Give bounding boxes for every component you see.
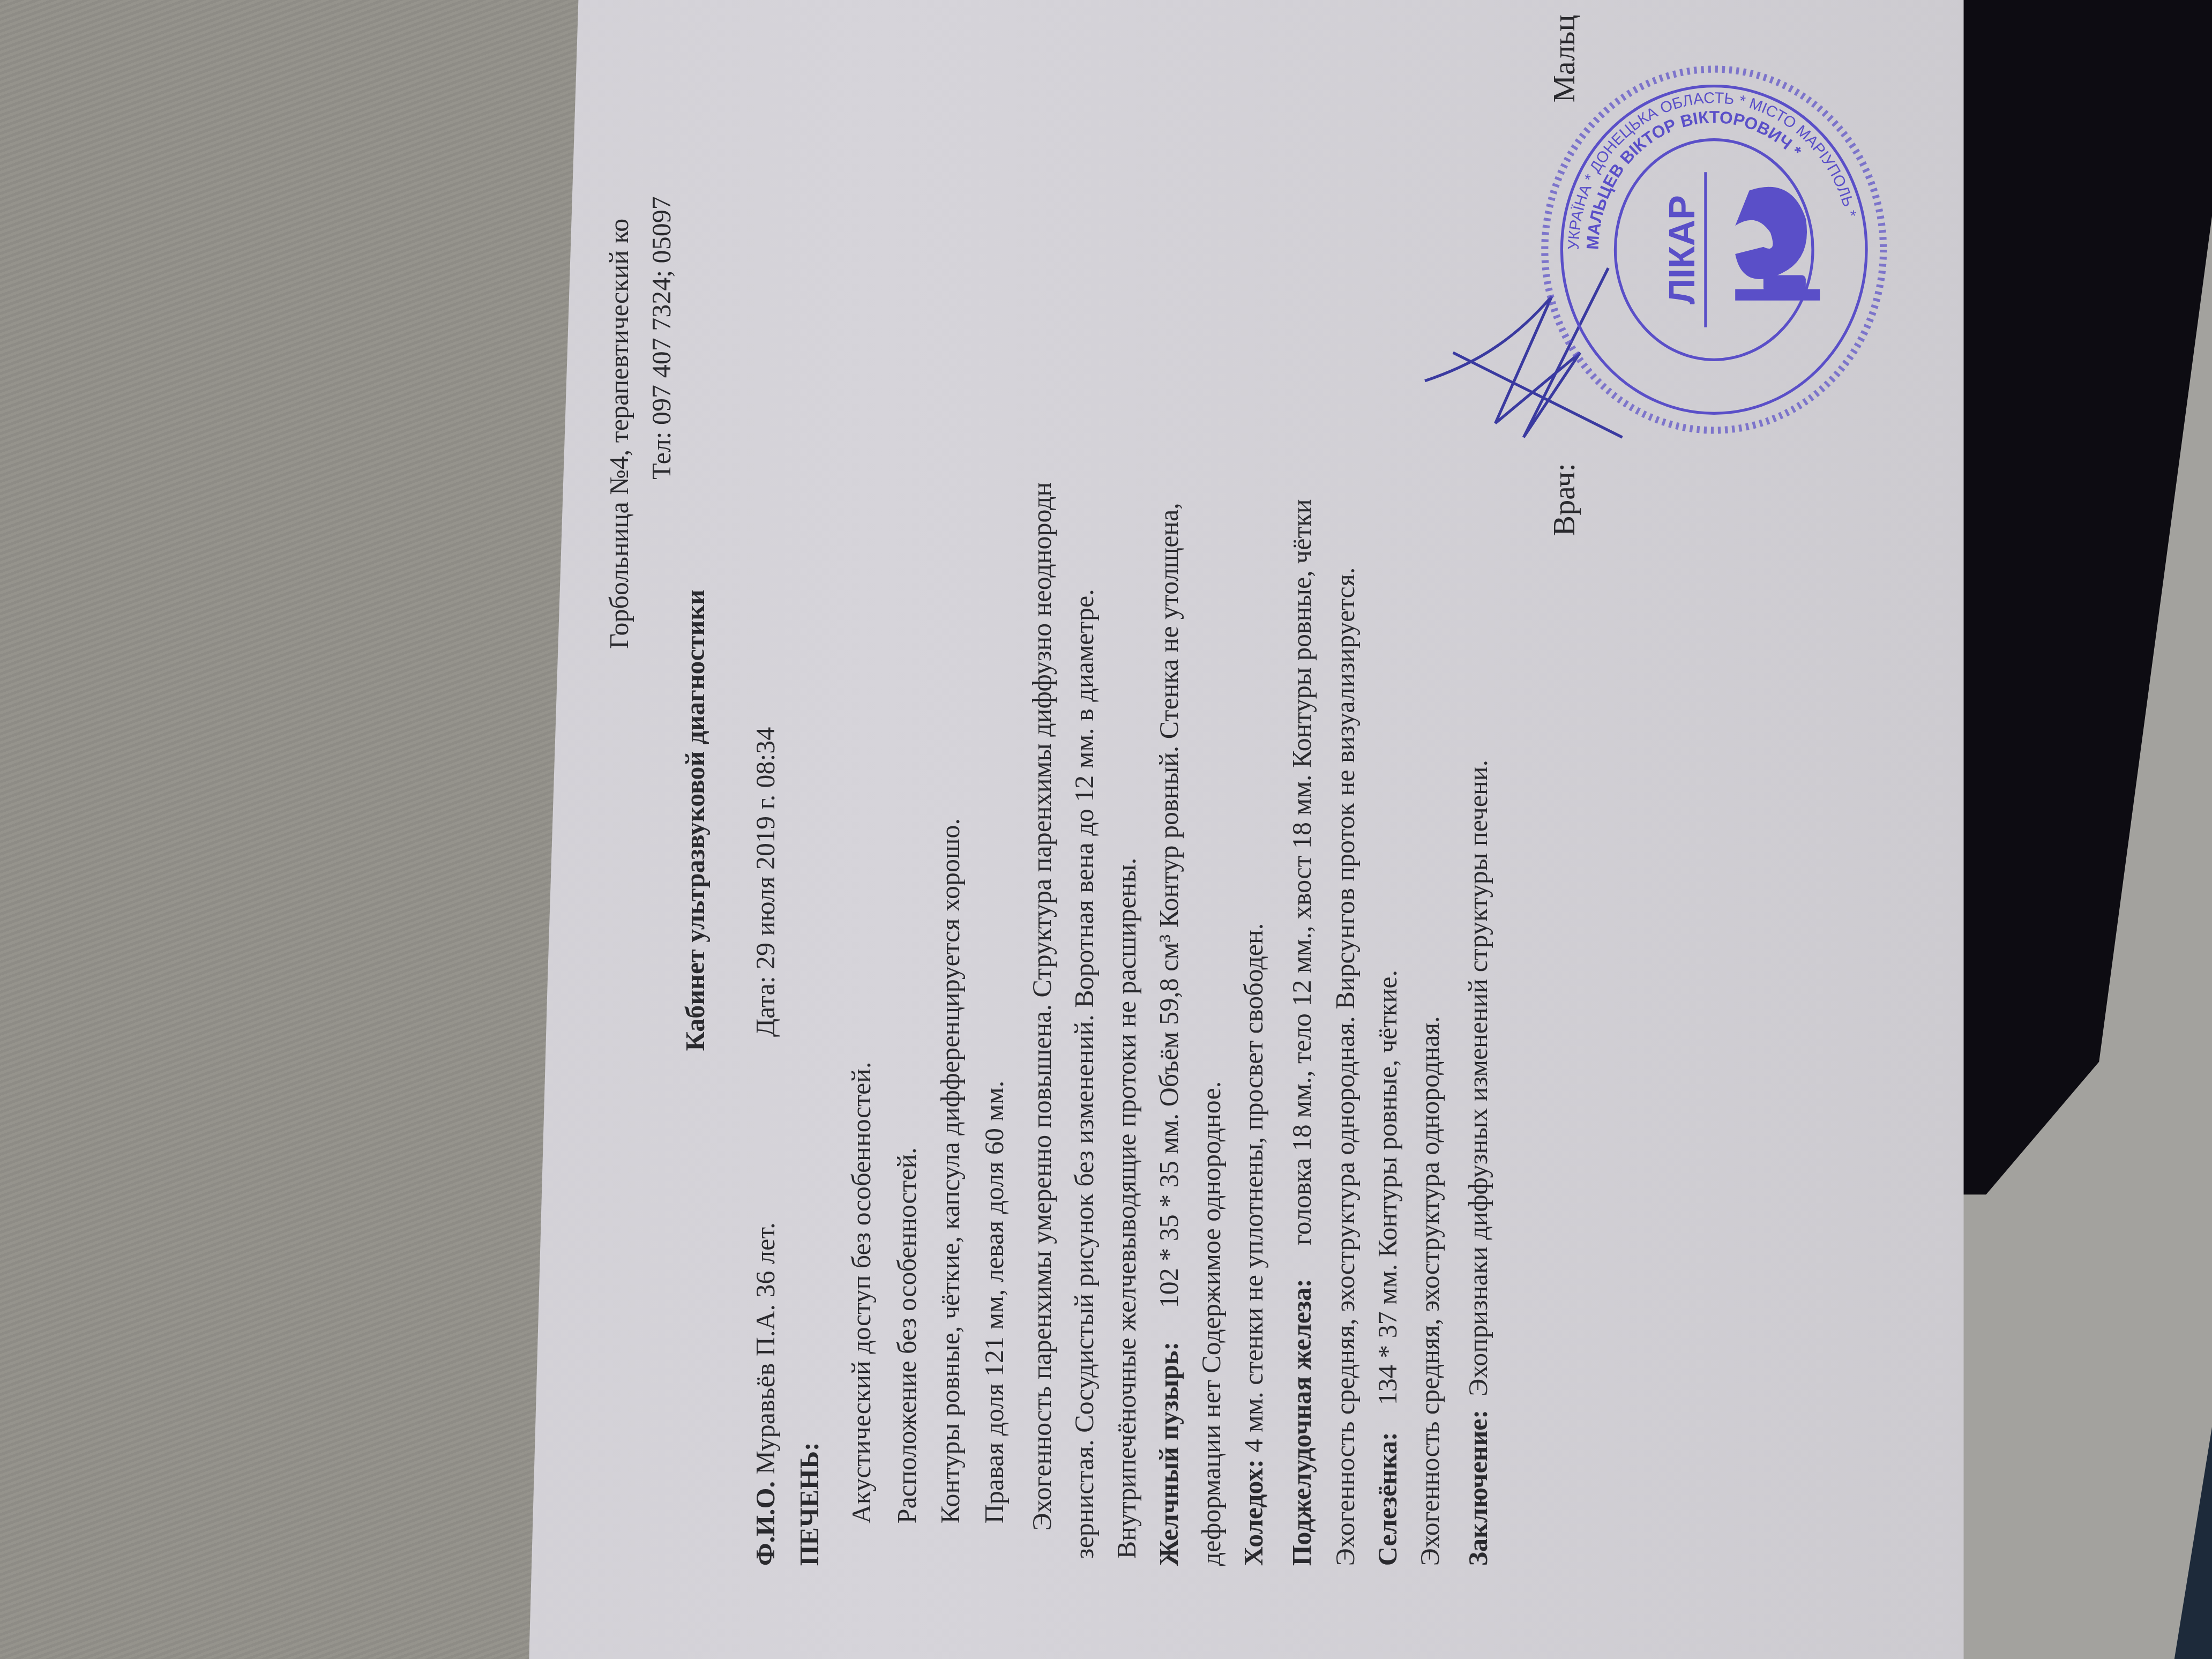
exam-date: Дата: 29 июля 2019 г. 08:34 [751,727,784,1037]
pancreas-heading: Поджелудочная железа: [1288,1279,1318,1566]
patient-label: Ф.И.О. [752,1481,781,1566]
spleen-measure: 134 * 37 мм. Контуры ровные, чёткие. [1374,970,1403,1405]
choledoch-line: Холедох: 4 мм. стенки не уплотнены, прос… [1239,923,1273,1566]
liver-heading: ПЕЧЕНЬ: [794,1442,828,1566]
liver-line: Эхогенность паренхимы умеренно повышена.… [1027,482,1061,1531]
institution-header: Горбольница №4, терапевтический ко [604,219,638,649]
liver-line: Контуры ровные, чёткие, капсула дифферен… [935,818,969,1523]
patient-line: Ф.И.О. Муравьёв П.А. 36 лет. [751,1222,784,1566]
spleen-heading: Селезёнка: [1374,1432,1403,1566]
gallbladder-line: Желчный пузырь: 102 * 35 * 35 мм. Объём … [1154,503,1188,1566]
liver-line: зернистая. Сосудистый рисунок без измене… [1070,589,1103,1559]
stamp-center-text: ЛІКАР [1661,195,1702,304]
gallbladder-measure: 102 * 35 * 35 мм. Объём 59,8 см³ Контур … [1155,503,1185,1308]
doctor-stamp: ЛІКАР УКРАЇНА * ДОНЕЦЬКА ОБЛАСТЬ * МІСТО… [1538,63,1890,437]
gallbladder-line-2: деформации нет Содержимое однородное. [1197,1081,1230,1566]
pancreas-measure: головка 18 мм., тело 12 мм., хвост 18 мм… [1288,499,1318,1245]
photo-scene: Горбольница №4, терапевтический ко Тел: … [0,0,2212,1659]
conclusion-text: Эхопризнаки диффузных изменений структур… [1464,760,1494,1396]
patient-name: Муравьёв П.А. 36 лет. [752,1222,781,1474]
liver-line: Внутрипечёночные желчевыводящие протоки … [1112,858,1146,1559]
doctor-label: Врач: [1546,463,1581,536]
spleen-line: Селезёнка: 134 * 37 мм. Контуры ровные, … [1373,970,1407,1566]
pancreas-line-2: Эхогенность средняя, эхоструктура одноро… [1331,567,1364,1566]
gallbladder-heading: Желчный пузырь: [1155,1342,1185,1566]
choledoch-heading: Холедох: [1240,1459,1269,1566]
liver-line: Правая доля 121 мм, левая доля 60 мм. [979,1081,1013,1524]
spleen-line-2: Эхогенность средняя, эхоструктура одноро… [1415,1016,1449,1566]
phone-header: Тел: 097 407 7324; 05097 [646,196,680,480]
liver-line: Акустический доступ без особенностей. [847,1062,880,1524]
conclusion-line: Заключение: Эхопризнаки диффузных измене… [1463,760,1497,1566]
choledoch-text: 4 мм. стенки не уплотнены, просвет свобо… [1240,923,1269,1453]
conclusion-heading: Заключение: [1464,1410,1494,1566]
document-title: Кабинет ультразвуковой диагностики [680,589,714,1051]
pancreas-line: Поджелудочная железа: головка 18 мм., те… [1287,499,1320,1566]
liver-line: Расположение без особенностей. [892,1147,925,1523]
background-cloth [0,0,593,1659]
